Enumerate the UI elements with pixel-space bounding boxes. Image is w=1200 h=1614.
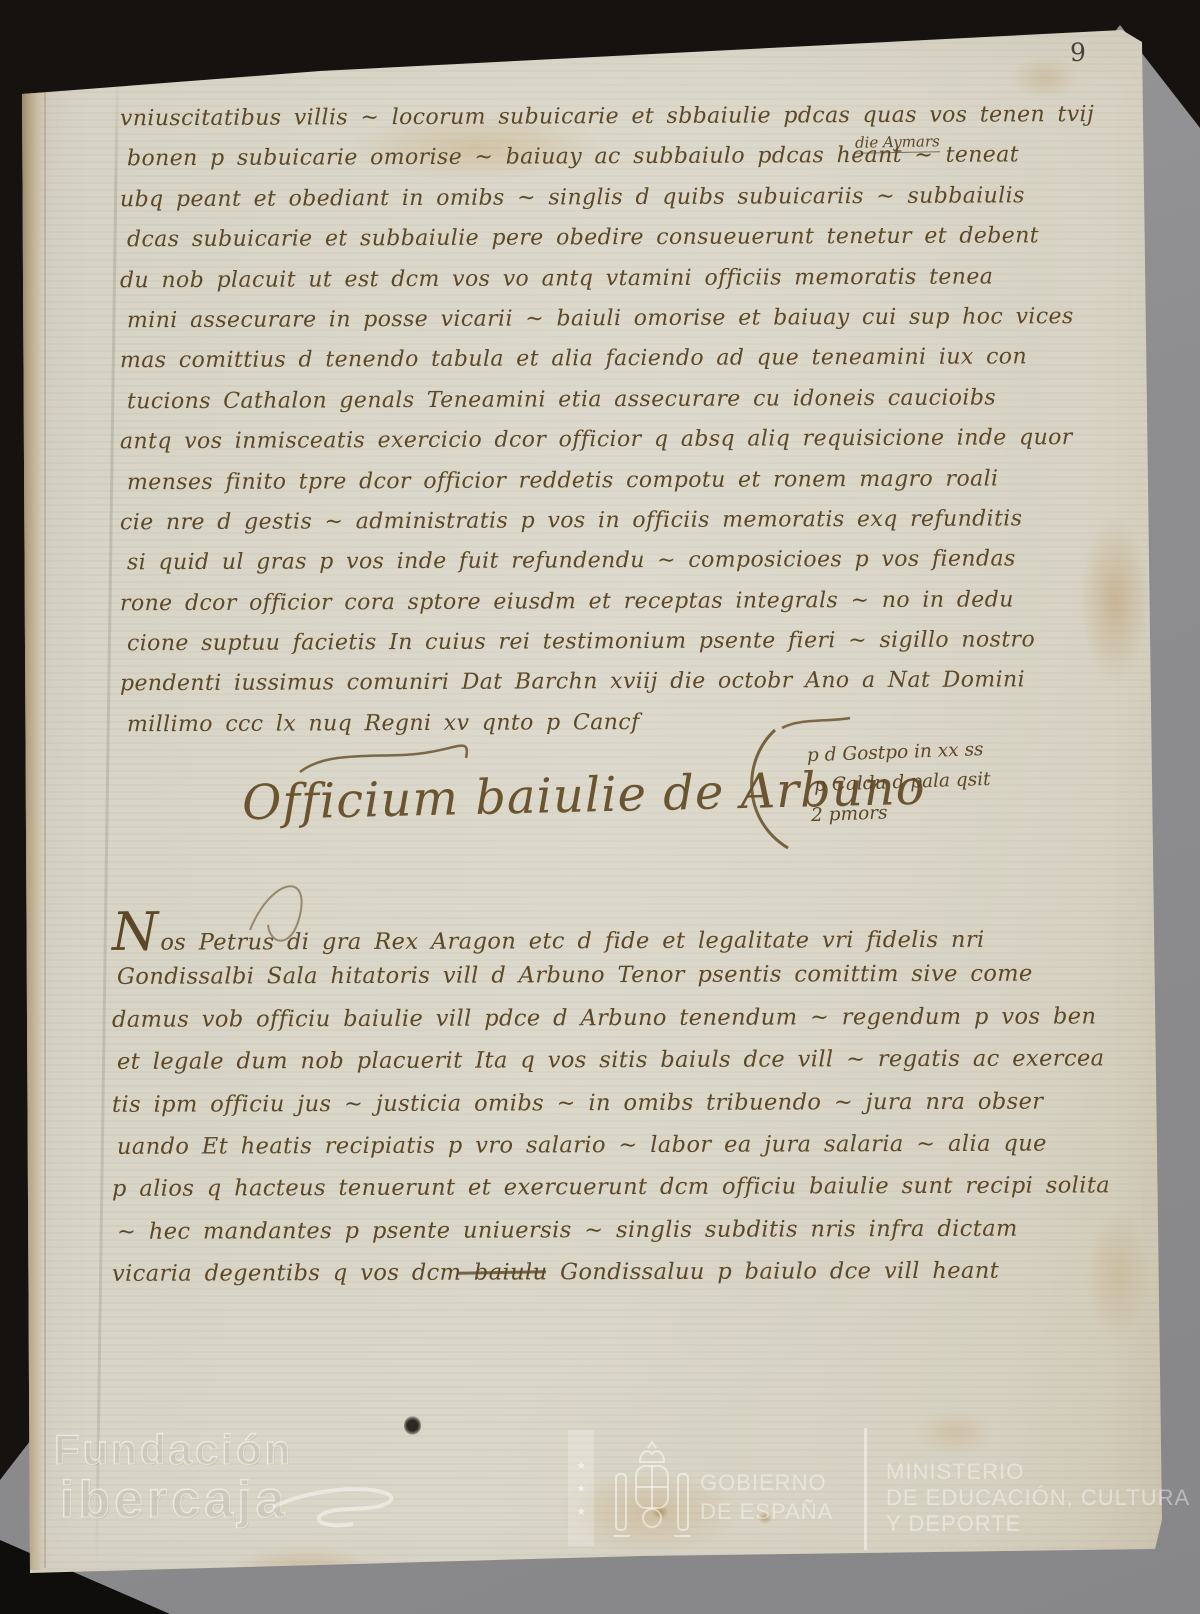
manuscript-line: p alios q hacteus tenuerunt et exercueru… (112, 1165, 1167, 1211)
text-block-upper: vniuscitatibus villis ~ locorum subuicar… (120, 97, 1165, 743)
manuscript-line: tucions Cathalon genals Teneamini etia a… (127, 377, 1165, 422)
fold-crease (95, 64, 119, 1569)
manuscript-line: rone dcor officior cora sptore eiusdm et… (120, 579, 1165, 624)
manuscript-line: mini assecurare in posse vicarii ~ baiul… (127, 297, 1165, 342)
manuscript-line: bonen p subuicarie omorise ~ baiuay ac s… (127, 135, 1165, 180)
manuscript-photo: 9 vniuscitatibus villis ~ locorum subuic… (0, 0, 1200, 1614)
manuscript-page: 9 vniuscitatibus villis ~ locorum subuic… (0, 0, 1200, 1614)
page-edge-line (44, 90, 46, 1568)
manuscript-line: ubq peant et obediant in omibs ~ singlis… (120, 176, 1165, 221)
margin-note-line: 2 pmors (811, 795, 993, 831)
star-icon: ★ (576, 1459, 586, 1472)
stain (915, 1410, 995, 1455)
manuscript-line: menses finito tpre dcor officior reddeti… (127, 458, 1165, 503)
manuscript-line: millimo ccc lx nuq Regni xv qnto p Cancf (127, 701, 1165, 746)
manuscript-line: Nos Petrus di gra Rex Aragon etc d fide … (112, 910, 1167, 956)
manuscript-line: mas comittius d tenendo tabula et alia f… (120, 337, 1165, 382)
ministerio-line: MINISTERIO (886, 1459, 1190, 1485)
manuscript-line: pendenti iussimus comuniri Dat Barchn xv… (120, 660, 1165, 705)
manuscript-line: vicaria degentibs q vos dcm baiulu Gondi… (112, 1249, 1167, 1295)
manuscript-line: vniuscitatibus villis ~ locorum subuicar… (120, 95, 1165, 140)
watermark-ibercaja-text: ibercaja (60, 1470, 289, 1530)
gobierno-line: GOBIERNO (700, 1468, 833, 1497)
page-number: 9 (1070, 38, 1086, 67)
ministerio-label: MINISTERIO DE EDUCACIÓN, CULTURA Y DEPOR… (886, 1459, 1190, 1537)
interlinear-note: die Aymars (855, 132, 940, 153)
manuscript-line: cie nre d gestis ~ administratis p vos i… (120, 499, 1165, 544)
watermark-fundacion-text: Fundación (54, 1426, 293, 1474)
wormhole (404, 1416, 421, 1435)
star-icon: ★ (576, 1482, 586, 1495)
manuscript-line: et legale dum nob placuerit Ita q vos si… (117, 1037, 1167, 1083)
ibercaja-swoosh-icon (268, 1462, 398, 1542)
manuscript-line: damus vob officiu baiulie vill pdce d Ar… (112, 995, 1167, 1041)
spain-coat-of-arms-icon (612, 1440, 692, 1550)
ministerio-line: Y DEPORTE (886, 1511, 1190, 1537)
section-heading: Officium baiulie de Arbuno (241, 761, 882, 832)
margin-note-line: p Caldu d pala qsit (814, 765, 992, 801)
gobierno-de-espana-label: GOBIERNO DE ESPAÑA (700, 1468, 833, 1526)
margin-note: p d Gostpo in xx ssp Caldu d pala qsit2 … (806, 735, 992, 831)
manuscript-line: tis ipm officiu jus ~ justicia omibs ~ i… (112, 1080, 1167, 1126)
manuscript-line: si quid ul gras p vos inde fuit refunden… (127, 539, 1165, 584)
gobierno-line: DE ESPAÑA (700, 1497, 833, 1526)
manuscript-line: ~ hec mandantes p psente uniuersis ~ sin… (117, 1207, 1167, 1253)
manuscript-line: antq vos inmisceatis exercicio dcor offi… (120, 418, 1165, 463)
manuscript-line: du nob placuit ut est dcm vos vo antq vt… (120, 256, 1165, 301)
eu-stars-icon: ★ ★ ★ (568, 1430, 594, 1546)
watermark-divider (864, 1428, 867, 1550)
ministerio-line: DE EDUCACIÓN, CULTURA (886, 1485, 1190, 1511)
manuscript-line: cione suptuu facietis In cuius rei testi… (127, 620, 1165, 665)
text-block-lower: Nos Petrus di gra Rex Aragon etc d fide … (112, 912, 1167, 1294)
manuscript-line: uando Et heatis recipiatis p vro salario… (117, 1122, 1167, 1168)
manuscript-line: dcas subuicarie et subbaiulie pere obedi… (127, 216, 1165, 261)
binding-edge (20, 86, 44, 1570)
manuscript-line: Gondissalbi Sala hitatoris vill d Arbuno… (117, 953, 1167, 999)
star-icon: ★ (576, 1505, 586, 1518)
